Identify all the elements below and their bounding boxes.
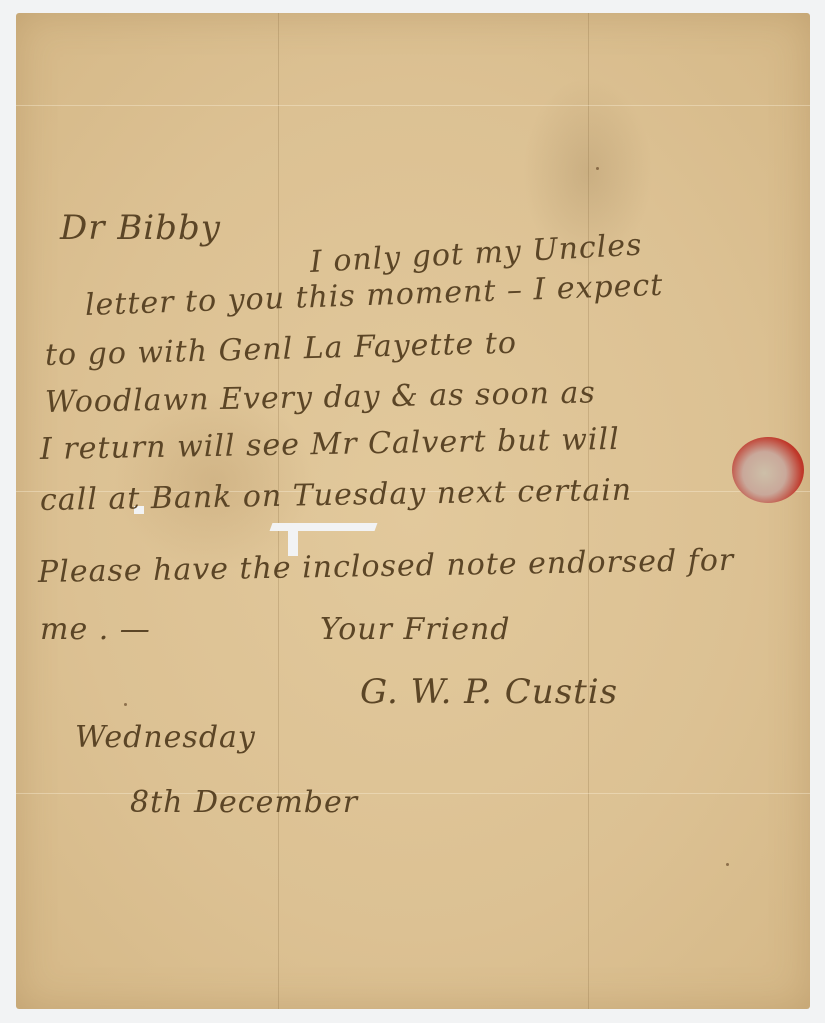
salutation: Dr Bibby <box>60 208 221 248</box>
date-day: Wednesday <box>75 720 256 755</box>
ink-spot <box>596 167 599 170</box>
date: 8th December <box>130 785 358 820</box>
ink-spot <box>726 863 729 866</box>
closing: Your Friend <box>320 612 511 647</box>
signature: G. W. P. Custis <box>360 672 618 712</box>
fold-line <box>16 105 810 106</box>
fold-line <box>588 13 589 1009</box>
ink-spot <box>124 703 127 706</box>
paper-tear <box>270 523 378 531</box>
wax-seal-remnant <box>732 437 804 503</box>
body-line-8: me . — <box>40 612 151 647</box>
